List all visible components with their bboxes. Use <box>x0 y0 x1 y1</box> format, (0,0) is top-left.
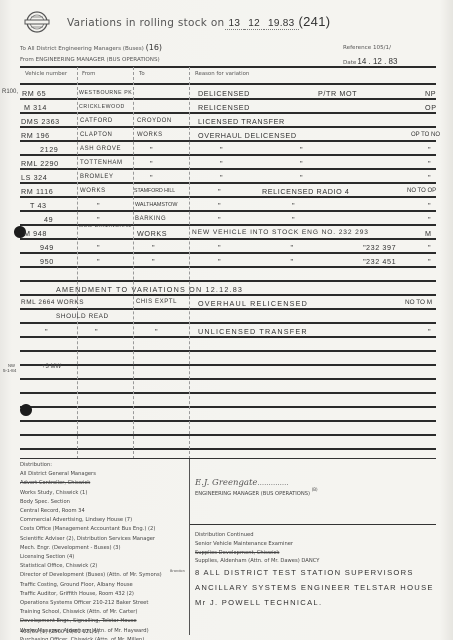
distribution-item: Purchasing Officer, Chiswick (Attn. of M… <box>20 636 162 640</box>
margin-note-date: 5-1-84 <box>3 368 16 373</box>
row-0-note: P/TR MOT <box>318 89 357 98</box>
table-header-rule <box>20 83 436 85</box>
table-top-rule <box>20 66 436 68</box>
row-7-vehicle: RM 1116 <box>21 187 53 196</box>
signature-dots: .............. <box>257 479 288 487</box>
row-1-code: OP <box>425 103 437 112</box>
row-0-code: NP <box>425 89 436 98</box>
row-8-to: WALTHAMSTOW <box>135 202 177 208</box>
row-rule <box>20 266 436 268</box>
row-10-code: M <box>425 229 432 238</box>
row-rule <box>20 140 436 142</box>
distribution-item: Mech. Engr. (Development - Buses) (3) <box>20 544 162 553</box>
row-rule <box>20 406 436 408</box>
distribution-continued-heading: Distribution Continued <box>195 531 319 540</box>
row-3-code: OP TO NO <box>411 132 440 138</box>
from-line: From ENGINEERING MANAGER (BUS OPERATIONS… <box>20 57 160 63</box>
title-day: 13 <box>225 18 245 30</box>
distribution-item-struck: Supplies Development, Chiswick <box>195 549 319 558</box>
row-5-note: " <box>300 159 303 168</box>
distribution-heading: Distribution: <box>20 461 162 470</box>
row-1-vehicle: M 314 <box>24 103 47 112</box>
handwritten-distribution: Mr J. POWELL TECHNICAL. <box>195 598 322 607</box>
row-7-to: STAMFORD HILL <box>134 188 175 194</box>
row-4-note: " <box>300 145 303 154</box>
row-rule <box>20 336 436 338</box>
corrected-from: " <box>95 327 98 336</box>
row-6-from: BROMLEY <box>80 174 114 180</box>
margin-note-route: R100, <box>2 89 18 95</box>
row-rule <box>20 210 436 212</box>
row-12-vehicle: 950 <box>40 257 54 266</box>
column-divider-reason <box>189 67 190 459</box>
handwritten-distribution: ANCILLARY SYSTEMS ENGINEER TELSTAR HOUSE <box>195 583 434 592</box>
distribution-continued: Distribution Continued Senior Vehicle Ma… <box>195 531 319 566</box>
row-7-reason: " <box>218 187 221 196</box>
signature-name: E.J. Greengate <box>195 478 257 488</box>
column-divider-to <box>133 67 134 459</box>
title-month: 12 <box>244 18 264 30</box>
row-10-vehicle: M 948 <box>24 229 47 238</box>
row-5-reason: " <box>220 159 223 168</box>
row-rule <box>20 238 436 240</box>
row-2-to: CROYDON <box>137 118 172 124</box>
form-code: 403/69 (1) (2500 10/81 121/1) <box>20 629 99 635</box>
row-rule <box>20 434 436 436</box>
row-12-note: 232 451 <box>366 257 396 266</box>
distribution-item: Traffic Costing, Ground Floor, Albany Ho… <box>20 581 162 590</box>
row-9-note: " <box>292 215 295 224</box>
distribution-item: Costs Office (Management Accountant Bus … <box>20 525 162 534</box>
amendment-heading: AMENDMENT TO VARIATIONS ON 12.12.83 <box>56 285 243 294</box>
row-6-note: " <box>300 173 303 182</box>
handwritten-distribution: 8 ALL DISTRICT TEST STATION SUPERVISORS <box>195 568 414 577</box>
handwritten-correction: Brandon <box>170 567 185 576</box>
distribution-item: Licensing Section (4) <box>20 553 162 562</box>
amendment-reason: OVERHAUL RELICENSED <box>198 299 308 308</box>
row-7-note: RELICENSED RADIO 4 <box>262 187 350 196</box>
row-9-to: BARKING <box>135 216 166 222</box>
row-9-code: " <box>428 215 431 224</box>
row-12-to: " <box>152 257 155 266</box>
distribution-item: Statistical Office, Chiswick (2) <box>20 562 162 571</box>
row-4-to: " <box>150 145 153 154</box>
row-rule <box>20 196 436 198</box>
amendment-from: WORKS <box>57 299 84 306</box>
row-rule <box>20 448 436 450</box>
distribution-item: Works Study, Chiswick (1) <box>20 489 162 498</box>
document-title: Variations in rolling stock on131219.83(… <box>67 14 330 29</box>
row-11-from: " <box>97 243 100 252</box>
distribution-item: Training School, Chiswick (Attn. of Mr. … <box>20 608 162 617</box>
column-header-reason: Reason for variation <box>195 71 249 77</box>
row-rule <box>20 182 436 184</box>
row-rule <box>20 420 436 422</box>
date-line: Date14 . 12 . 83 <box>343 57 398 66</box>
row-10-from: MCW BIRMINGHAM <box>79 224 133 229</box>
row-6-reason: " <box>220 173 223 182</box>
to-count: (16) <box>146 43 162 52</box>
row-rule <box>20 252 436 254</box>
row-0-vehicle: RM 65 <box>22 89 46 98</box>
row-6-vehicle: LS 324 <box>21 173 47 182</box>
distribution-item: Director of Development (Buses) (Attn. o… <box>20 572 162 578</box>
distribution-top-rule <box>20 458 436 459</box>
distribution-item: Central Record, Room 34 <box>20 507 162 516</box>
title-label: Variations in rolling stock on <box>67 17 225 29</box>
row-8-vehicle: T 43 <box>30 201 47 210</box>
row-6-to: " <box>150 173 153 182</box>
row-rule <box>20 126 436 128</box>
row-3-to: WORKS <box>137 132 163 138</box>
row-11-reason: " " " <box>218 243 382 252</box>
corrected-reason: UNLICENSED TRANSFER <box>198 327 308 336</box>
distribution-item: Commercial Advertising, Lindsey House (7… <box>20 516 162 525</box>
row-4-reason: " <box>220 145 223 154</box>
row-rule <box>20 98 436 100</box>
column-header-from: From <box>82 71 95 77</box>
row-rule <box>20 294 436 296</box>
row-8-code: " <box>428 201 431 210</box>
row-3-vehicle: RM 196 <box>21 131 50 140</box>
margin-note-count: +3 MW <box>42 364 61 370</box>
distribution-item: Body Spec. Section <box>20 498 162 507</box>
row-8-note: " <box>292 201 295 210</box>
row-rule <box>20 112 436 114</box>
row-11-to: " <box>152 243 155 252</box>
row-rule <box>20 308 436 310</box>
document-page: Variations in rolling stock on131219.83(… <box>0 0 453 640</box>
distribution-item-struck: Advert Controller, Chiswick <box>20 479 162 488</box>
row-7-code: NO TO OP <box>407 188 436 194</box>
row-12-code: " <box>428 257 431 266</box>
row-0-reason: DELICENSED <box>198 89 250 98</box>
roundel-logo-icon <box>24 9 50 35</box>
row-rule <box>20 378 436 380</box>
distribution-item: All District General Managers <box>20 470 162 479</box>
to-line: To All District Engineering Managers (Bu… <box>20 43 162 52</box>
distribution-item-struck: Development Engr., Signalling, Telstar H… <box>20 617 162 626</box>
distribution-item: Senior Vehicle Maintenance Examiner <box>195 540 319 549</box>
row-5-to: " <box>150 159 153 168</box>
row-2-reason: LICENSED TRANSFER <box>198 117 285 126</box>
row-rule <box>20 168 436 170</box>
row-1-from: CRICKLEWOOD <box>79 104 125 110</box>
row-11-note: 232 397 <box>366 243 396 252</box>
column-divider-from <box>77 67 78 459</box>
row-11-vehicle: 949 <box>40 243 54 252</box>
row-6-code: " <box>428 173 431 182</box>
corrected-to: " <box>155 327 158 336</box>
signature-annotation: (B) <box>312 487 318 492</box>
row-1-reason: RELICENSED <box>198 103 250 112</box>
row-12-reason: " " " <box>218 257 382 266</box>
row-3-from: CLAPTON <box>80 132 112 138</box>
column-header-vehicle: Vehicle number <box>25 71 67 77</box>
signature-title-line: ENGINEERING MANAGER (BUS OPERATIONS) (B) <box>195 491 318 497</box>
row-8-reason: " <box>218 201 221 210</box>
distribution-continued-rule <box>190 524 436 525</box>
row-9-reason: " <box>218 215 221 224</box>
amendment-to: CHIS EXPTL <box>136 299 177 305</box>
row-rule <box>20 322 436 324</box>
row-rule <box>20 154 436 156</box>
title-serial: (241) <box>299 14 331 29</box>
should-read-label: SHOULD READ <box>56 313 109 320</box>
row-9-vehicle: 49 <box>44 215 53 224</box>
row-8-from: " <box>97 201 100 210</box>
row-5-from: TOTTENHAM <box>80 160 123 166</box>
row-12-from: " <box>97 257 100 266</box>
distribution-item: Scientific Adviser (2), Distribution Ser… <box>20 535 162 544</box>
distribution-item: Traffic Auditor, Griffith House, Room 43… <box>20 590 162 599</box>
row-5-vehicle: RML 2290 <box>21 159 59 168</box>
row-rule <box>20 364 436 366</box>
distribution-divider <box>189 459 190 635</box>
row-2-vehicle: DMS 2363 <box>21 117 60 126</box>
row-4-from: ASH GROVE <box>80 146 121 152</box>
row-11-code: " <box>428 243 431 252</box>
signature-title: ENGINEERING MANAGER (BUS OPERATIONS) <box>195 491 310 497</box>
row-3-reason: OVERHAUL DELICENSED <box>198 131 297 140</box>
row-4-code: " <box>428 145 431 154</box>
row-5-code: " <box>428 159 431 168</box>
row-rule <box>20 280 436 282</box>
reference-number: Reference 105/1/ <box>343 45 391 51</box>
row-rule <box>20 350 436 352</box>
distribution-list: Distribution: All District General Manag… <box>20 461 162 640</box>
amendment-code: NO TO M <box>405 299 432 306</box>
corrected-vehicle: " <box>45 327 48 336</box>
distribution-item: Operations Systems Officer 210-212 Baker… <box>20 599 162 608</box>
row-10-reason: NEW VEHICLE INTO STOCK ENG NO. 232 293 <box>192 229 369 236</box>
title-year: 19.83 <box>264 18 299 30</box>
row-rule <box>20 392 436 394</box>
punch-hole-lower <box>20 404 32 416</box>
amendment-vehicle: RML 2664 <box>21 299 55 306</box>
distribution-item: Supplies, Aldenham (Attn. of Mr. Dawes) … <box>195 557 319 566</box>
row-2-from: CATFORD <box>80 118 113 124</box>
row-10-to: WORKS <box>137 229 167 238</box>
to-label: To All District Engineering Managers (Bu… <box>20 46 144 52</box>
row-7-from: WORKS <box>80 188 106 194</box>
signature: E.J. Greengate.............. <box>195 478 289 488</box>
row-4-vehicle: 2129 <box>40 145 58 154</box>
corrected-code: " <box>428 327 431 336</box>
column-header-to: To <box>139 71 145 77</box>
row-9-from: " <box>97 215 100 224</box>
row-0-from: WESTBOURNE PK <box>79 90 132 96</box>
